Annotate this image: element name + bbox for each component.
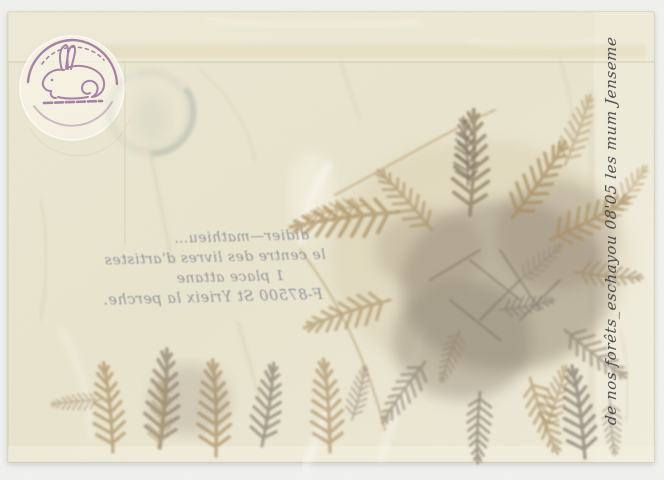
plant-cluster-haze bbox=[330, 140, 630, 400]
bottom-fold-strip bbox=[8, 446, 654, 462]
rabbit-stamp-icon bbox=[28, 40, 117, 126]
round-sticker bbox=[20, 36, 130, 156]
tape-strip bbox=[100, 44, 646, 58]
scanned-envelope-scene: didier—mathieu… le centre des livres d'a… bbox=[0, 0, 664, 480]
envelope-flap bbox=[8, 12, 654, 62]
address-block: didier—mathieu… le centre des livres d'a… bbox=[87, 225, 327, 319]
plant-sprigs-bottom-left bbox=[50, 348, 374, 457]
postmark-icon bbox=[110, 72, 194, 154]
pressed-plant-cluster bbox=[288, 91, 656, 464]
vertical-inscription: de nos forêts_eschayou 08'05 les mum Jen… bbox=[602, 22, 628, 427]
